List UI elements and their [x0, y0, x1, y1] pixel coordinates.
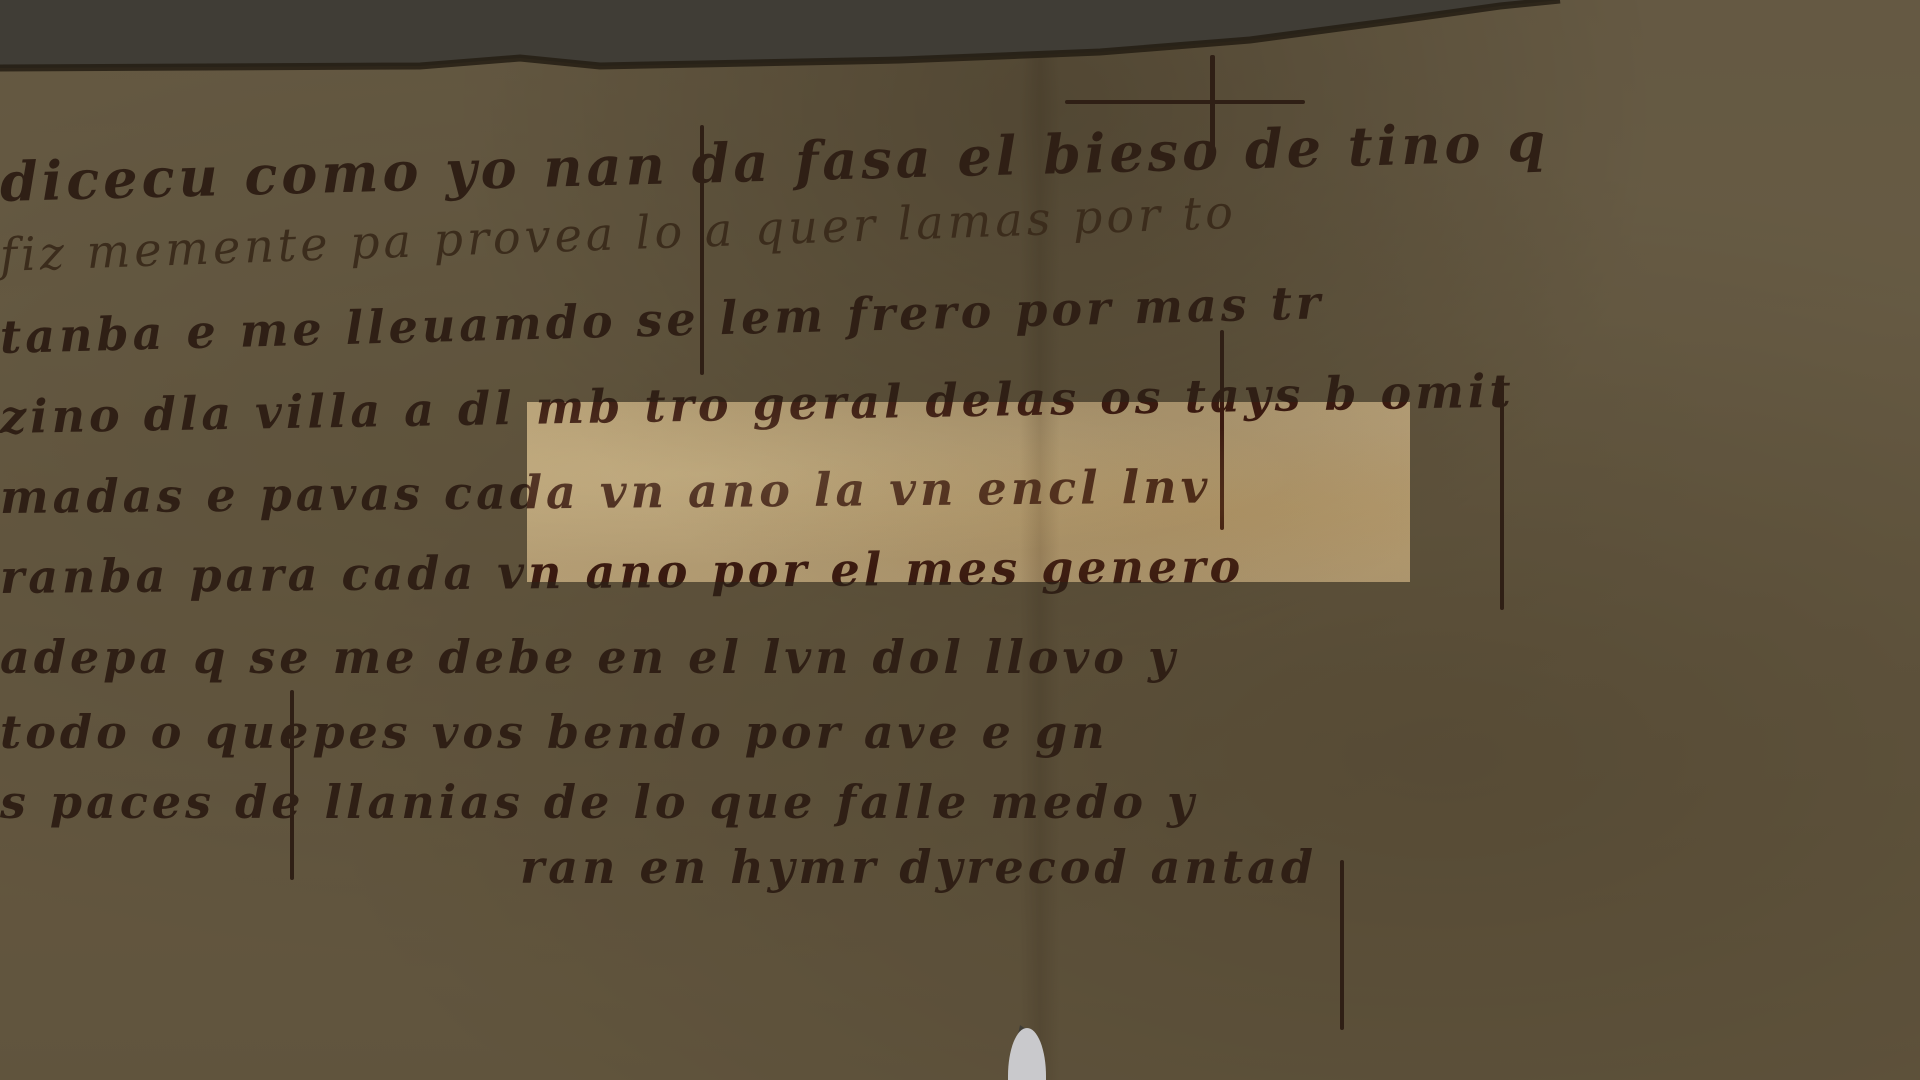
ink-stroke [1500, 380, 1504, 610]
text-line-10: ran en hymr dyrecod antad [520, 840, 1317, 894]
ink-stroke [1340, 860, 1344, 1030]
highlighted-text-line-region[interactable] [527, 402, 1410, 582]
ink-stroke [700, 125, 704, 375]
text-line-1: dicecu como yo nan da fasa el bieso de t… [0, 109, 1550, 214]
text-line-8: todo o quepes vos bendo por ave e gn [0, 705, 1109, 759]
ink-stroke [290, 690, 294, 880]
document-viewer: dicecu como yo nan da fasa el bieso de t… [0, 0, 1920, 1080]
text-line-7: adepa q se me debe en el lvn dol llovo y [0, 630, 1179, 684]
ink-stroke [1065, 100, 1305, 104]
text-line-3: tanba e me lleuamdo se lem frero por mas… [0, 275, 1325, 364]
text-line-9: s paces de llanias de lo que falle medo … [0, 775, 1198, 829]
